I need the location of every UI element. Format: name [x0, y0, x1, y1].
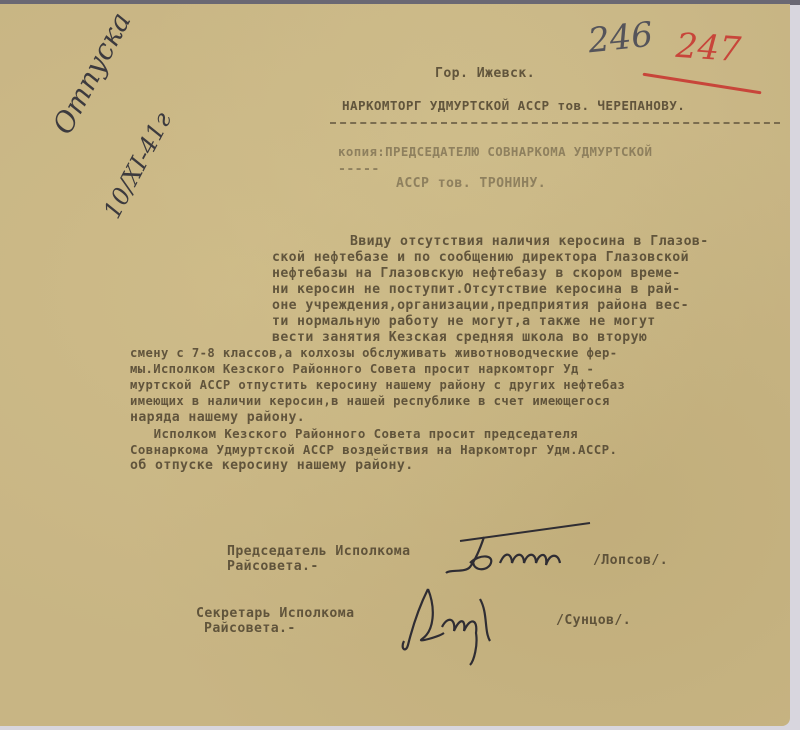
city-line: Гор. Ижевск.: [435, 66, 535, 82]
body-line: об отпуске керосину нашему району.: [130, 458, 414, 474]
body-line: вести занятия Кезская средняя школа во в…: [272, 330, 647, 346]
secretary-title-1: Секретарь Исполкома: [196, 606, 354, 622]
body-line: муртской АССР отпустить керосину нашему …: [130, 378, 625, 394]
archive-number-old: 246: [586, 15, 655, 62]
red-underline: [643, 73, 762, 95]
chairman-signature: [440, 519, 580, 579]
addressee-line: НАРКОМТОРГ УДМУРТСКОЙ АССР тов. ЧЕРЕПАНО…: [342, 98, 685, 114]
body-line: ни керосин не поступит.Отсутствие кероси…: [272, 282, 681, 298]
secretary-name: /Сунцов/.: [556, 613, 631, 629]
body-line: наряда нашему району.: [130, 410, 305, 426]
chairman-title-1: Председатель Исполкома: [227, 544, 410, 560]
chairman-title-2: Райсовета.-: [227, 559, 319, 575]
body-line: смену с 7-8 классов,а колхозы обслуживат…: [130, 346, 617, 362]
secretary-signature: [398, 579, 518, 669]
body-line: оне учреждения,организации,предприятия р…: [272, 298, 689, 314]
secretary-title-2: Райсовета.-: [204, 621, 296, 637]
chairman-name: /Лопсов/.: [593, 553, 668, 569]
body-line: имеющих в наличии керосин,в нашей респуб…: [130, 394, 610, 410]
body-line: ской нефтебазе и по сообщению директора …: [272, 250, 689, 266]
copy-line-2: АССР тов. ТРОНИНУ.: [396, 176, 546, 192]
archive-number-new: 247: [675, 26, 743, 70]
copy-line-1: копия:ПРЕДСЕДАТЕЛЮ СОВНАРКОМА УДМУРТСКОЙ: [338, 144, 652, 160]
body-line: ти нормальную работу не могут,а также не…: [272, 314, 656, 330]
document-page: 246 247 Отпуска 10/XI-41г Гор. Ижевск. Н…: [0, 4, 790, 726]
body-line: Ввиду отсутствия наличия керосина в Глаз…: [350, 234, 709, 250]
margin-note-line2: 10/XI-41г: [98, 108, 177, 224]
copy-dashes: -----: [338, 162, 380, 178]
body-line: мы.Исполком Кезского Районного Совета пр…: [130, 362, 594, 378]
body-line: нефтебазы на Глазовскую нефтебазу в скор…: [272, 266, 681, 282]
margin-note-line1: Отпуска: [46, 7, 138, 140]
body-line: Исполком Кезского Районного Совета проси…: [130, 426, 578, 442]
body-line: Совнаркома Удмуртской АССР воздействия н…: [130, 442, 617, 458]
addressee-dashed-rule: [330, 122, 780, 124]
